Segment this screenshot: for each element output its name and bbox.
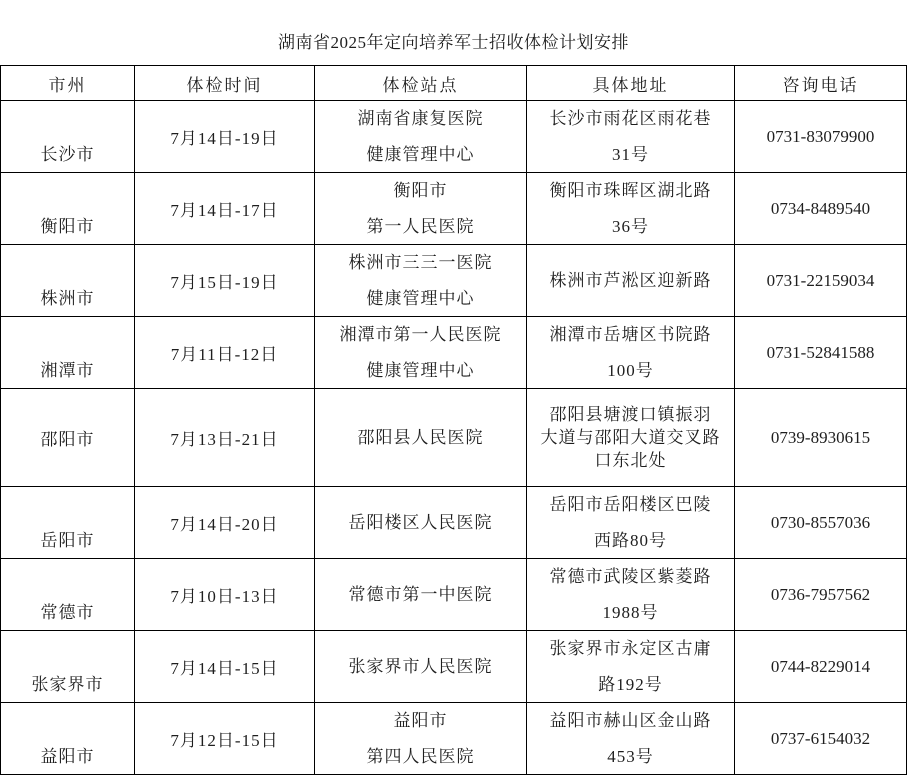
site-line: 第一人民医院 <box>367 209 475 245</box>
site-line: 湘潭市第一人民医院 <box>340 317 502 353</box>
address-line: 1988号 <box>603 595 659 631</box>
cell-exam-site: 湖南省康复医院健康管理中心 <box>315 101 527 173</box>
cell-city: 湘潭市 <box>1 317 135 389</box>
site-line: 株洲市三三一医院 <box>349 245 493 281</box>
cell-exam-time: 7月14日-17日 <box>135 173 315 245</box>
cell-phone: 0736-7957562 <box>735 559 907 631</box>
cell-phone: 0731-52841588 <box>735 317 907 389</box>
site-line: 邵阳县人民医院 <box>358 420 484 456</box>
table-row: 岳阳市 7月14日-20日 岳阳楼区人民医院 岳阳市岳阳楼区巴陵西路80号 07… <box>1 487 907 559</box>
address-line: 张家界市永定区古庸 <box>550 631 712 667</box>
address-line: 西路80号 <box>594 523 667 559</box>
cell-city: 衡阳市 <box>1 173 135 245</box>
column-header-exam-time: 体检时间 <box>135 66 315 101</box>
cell-exam-site: 常德市第一中医院 <box>315 559 527 631</box>
table-row: 邵阳市 7月13日-21日 邵阳县人民医院 邵阳县塘渡口镇振羽大道与邵阳大道交叉… <box>1 389 907 487</box>
table-row: 衡阳市 7月14日-17日 衡阳市第一人民医院 衡阳市珠晖区湖北路36号 073… <box>1 173 907 245</box>
cell-exam-site: 邵阳县人民医院 <box>315 389 527 487</box>
cell-phone: 0739-8930615 <box>735 389 907 487</box>
address-line: 邵阳县塘渡口镇振羽 <box>550 403 712 426</box>
cell-address: 湘潭市岳塘区书院路100号 <box>527 317 735 389</box>
column-header-address: 具体地址 <box>527 66 735 101</box>
document-page: 湖南省2025年定向培养军士招收体检计划安排 市州 体检时间 体检站点 具体地址… <box>0 33 907 775</box>
cell-address: 衡阳市珠晖区湖北路36号 <box>527 173 735 245</box>
cell-exam-site: 张家界市人民医院 <box>315 631 527 703</box>
cell-exam-site: 株洲市三三一医院健康管理中心 <box>315 245 527 317</box>
cell-phone: 0737-6154032 <box>735 703 907 775</box>
cell-exam-time: 7月14日-19日 <box>135 101 315 173</box>
table-header-row: 市州 体检时间 体检站点 具体地址 咨询电话 <box>1 66 907 101</box>
address-line: 长沙市雨花区雨花巷 <box>550 101 712 137</box>
cell-city: 长沙市 <box>1 101 135 173</box>
cell-address: 张家界市永定区古庸路192号 <box>527 631 735 703</box>
cell-exam-time: 7月14日-20日 <box>135 487 315 559</box>
cell-phone: 0731-22159034 <box>735 245 907 317</box>
table-row: 长沙市 7月14日-19日 湖南省康复医院健康管理中心 长沙市雨花区雨花巷31号… <box>1 101 907 173</box>
cell-phone: 0730-8557036 <box>735 487 907 559</box>
site-line: 第四人民医院 <box>367 739 475 775</box>
site-line: 常德市第一中医院 <box>349 577 493 613</box>
address-line: 100号 <box>607 353 654 389</box>
cell-address: 益阳市赫山区金山路453号 <box>527 703 735 775</box>
cell-city: 岳阳市 <box>1 487 135 559</box>
table-row: 益阳市 7月12日-15日 益阳市第四人民医院 益阳市赫山区金山路453号 07… <box>1 703 907 775</box>
table-row: 湘潭市 7月11日-12日 湘潭市第一人民医院健康管理中心 湘潭市岳塘区书院路1… <box>1 317 907 389</box>
table-row: 张家界市 7月14日-15日 张家界市人民医院 张家界市永定区古庸路192号 0… <box>1 631 907 703</box>
address-line: 益阳市赫山区金山路 <box>550 703 712 739</box>
cell-exam-time: 7月12日-15日 <box>135 703 315 775</box>
cell-city: 张家界市 <box>1 631 135 703</box>
table-row: 株洲市 7月15日-19日 株洲市三三一医院健康管理中心 株洲市芦淞区迎新路 0… <box>1 245 907 317</box>
table-row: 常德市 7月10日-13日 常德市第一中医院 常德市武陵区紫菱路1988号 07… <box>1 559 907 631</box>
address-line: 口东北处 <box>595 449 667 472</box>
cell-address: 岳阳市岳阳楼区巴陵西路80号 <box>527 487 735 559</box>
cell-address: 邵阳县塘渡口镇振羽大道与邵阳大道交叉路口东北处 <box>527 389 735 487</box>
cell-city: 常德市 <box>1 559 135 631</box>
table-body: 长沙市 7月14日-19日 湖南省康复医院健康管理中心 长沙市雨花区雨花巷31号… <box>1 101 907 775</box>
site-line: 益阳市 <box>394 703 448 739</box>
cell-phone: 0731-83079900 <box>735 101 907 173</box>
address-line: 大道与邵阳大道交叉路 <box>541 426 721 449</box>
cell-city: 邵阳市 <box>1 389 135 487</box>
address-line: 36号 <box>612 209 649 245</box>
cell-address: 株洲市芦淞区迎新路 <box>527 245 735 317</box>
site-line: 岳阳楼区人民医院 <box>349 505 493 541</box>
address-line: 株洲市芦淞区迎新路 <box>550 263 712 299</box>
address-line: 湘潭市岳塘区书院路 <box>550 317 712 353</box>
page-title: 湖南省2025年定向培养军士招收体检计划安排 <box>0 33 907 53</box>
address-line: 衡阳市珠晖区湖北路 <box>550 173 712 209</box>
cell-exam-time: 7月11日-12日 <box>135 317 315 389</box>
site-line: 健康管理中心 <box>367 353 475 389</box>
site-line: 张家界市人民医院 <box>349 649 493 685</box>
cell-exam-site: 益阳市第四人民医院 <box>315 703 527 775</box>
cell-city: 株洲市 <box>1 245 135 317</box>
address-line: 岳阳市岳阳楼区巴陵 <box>550 487 712 523</box>
cell-phone: 0744-8229014 <box>735 631 907 703</box>
site-line: 衡阳市 <box>394 173 448 209</box>
address-line: 31号 <box>612 137 649 173</box>
cell-exam-time: 7月13日-21日 <box>135 389 315 487</box>
site-line: 健康管理中心 <box>367 281 475 317</box>
cell-exam-time: 7月14日-15日 <box>135 631 315 703</box>
site-line: 健康管理中心 <box>367 137 475 173</box>
column-header-city: 市州 <box>1 66 135 101</box>
exam-schedule-table: 市州 体检时间 体检站点 具体地址 咨询电话 长沙市 7月14日-19日 湖南省… <box>0 65 907 775</box>
address-line: 常德市武陵区紫菱路 <box>550 559 712 595</box>
address-line: 路192号 <box>598 667 663 703</box>
cell-phone: 0734-8489540 <box>735 173 907 245</box>
cell-exam-time: 7月15日-19日 <box>135 245 315 317</box>
cell-city: 益阳市 <box>1 703 135 775</box>
cell-exam-time: 7月10日-13日 <box>135 559 315 631</box>
cell-address: 常德市武陵区紫菱路1988号 <box>527 559 735 631</box>
column-header-phone: 咨询电话 <box>735 66 907 101</box>
site-line: 湖南省康复医院 <box>358 101 484 137</box>
address-line: 453号 <box>607 739 654 775</box>
cell-exam-site: 衡阳市第一人民医院 <box>315 173 527 245</box>
column-header-exam-site: 体检站点 <box>315 66 527 101</box>
cell-exam-site: 岳阳楼区人民医院 <box>315 487 527 559</box>
cell-exam-site: 湘潭市第一人民医院健康管理中心 <box>315 317 527 389</box>
cell-address: 长沙市雨花区雨花巷31号 <box>527 101 735 173</box>
